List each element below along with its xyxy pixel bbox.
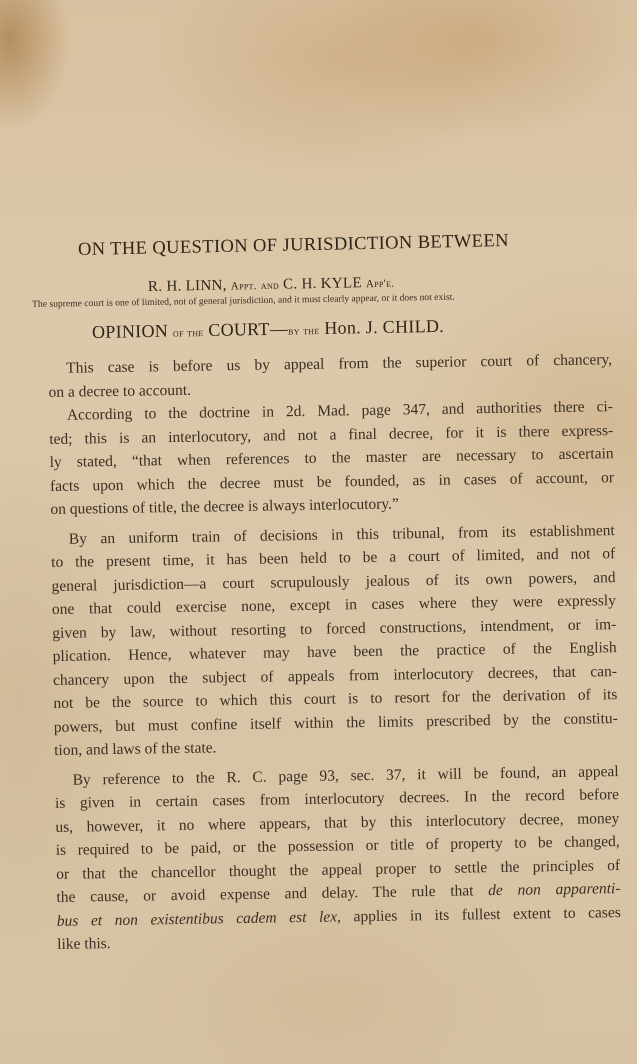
hon-word: Hon. <box>324 317 361 338</box>
of-the-word: of the <box>173 325 204 340</box>
latin-line-prefix: the cause, or avoid expense and delay. T… <box>56 882 488 906</box>
latin-maxim-part-2: bus et non existentibus cadem est lex <box>57 908 337 929</box>
judge-name: J. CHILD. <box>366 316 445 337</box>
latin-line-suffix: , applies in its fullest extent to cases <box>337 904 621 925</box>
appellant-role: Appt. <box>231 280 257 292</box>
latin-maxim-part-1: de non apparenti- <box>488 880 620 899</box>
opinion-heading: OPINION of the COURT—by the Hon. J. CHIL… <box>92 316 444 343</box>
appellee-name: C. H. KYLE <box>283 275 362 292</box>
document-title: ON THE QUESTION OF JURISDICTION BETWEEN <box>78 230 558 261</box>
appellee-role: App'e. <box>366 278 394 290</box>
court-word: COURT— <box>208 319 288 340</box>
opinion-word: OPINION <box>92 321 168 342</box>
by-the-word: by the <box>288 323 320 338</box>
opinion-body: This case is before us by appeal from th… <box>48 348 621 956</box>
appellant-name: R. H. LINN, <box>148 278 227 295</box>
scanned-page: ON THE QUESTION OF JURISDICTION BETWEEN … <box>0 0 637 1064</box>
parties-conjunction: and <box>261 280 279 292</box>
